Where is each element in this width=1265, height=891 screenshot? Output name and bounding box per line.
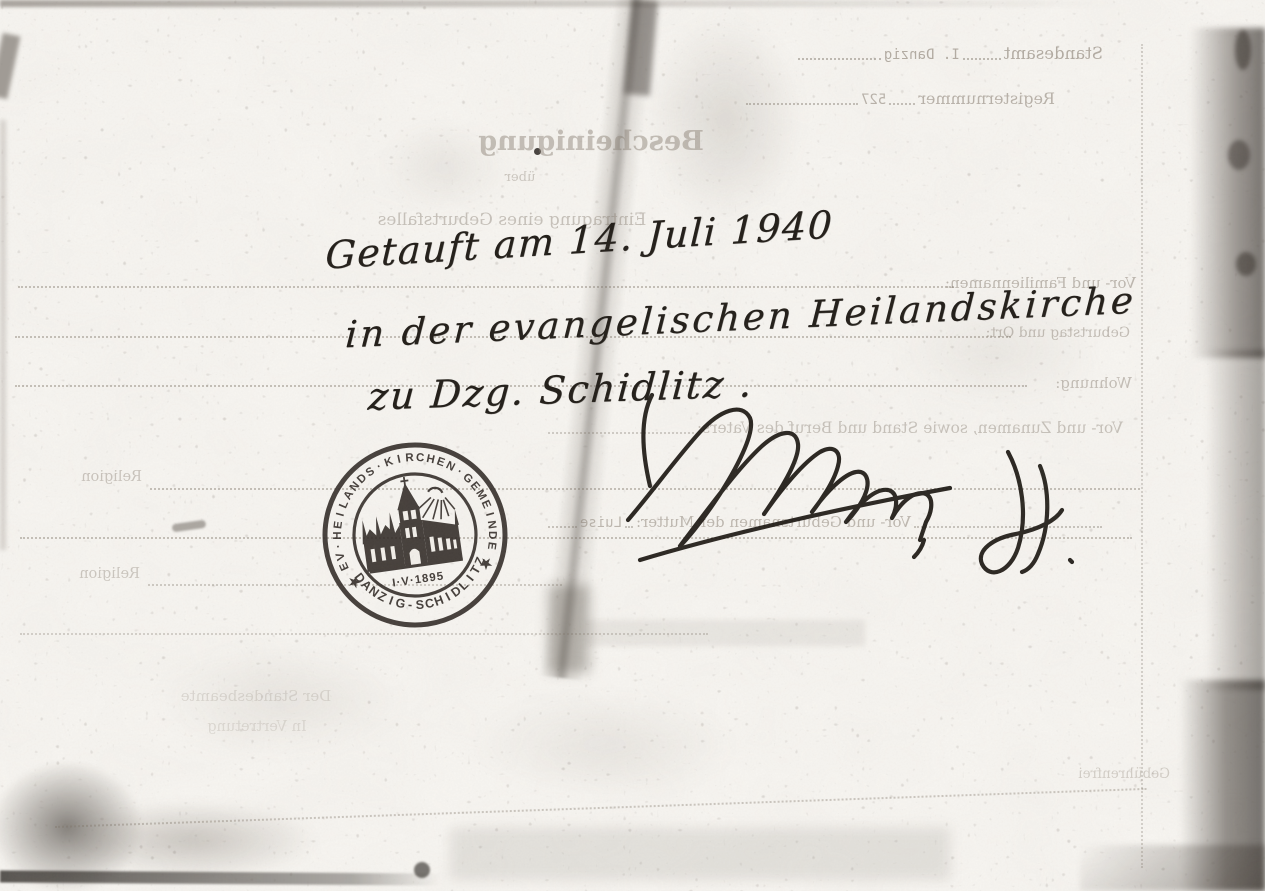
- dotted-leader: [548, 420, 694, 434]
- svg-text:H: H: [425, 453, 436, 466]
- dotted-rule: [20, 537, 1132, 539]
- bottom-edge-dot: [414, 862, 430, 878]
- crease-side-wash: [645, 12, 805, 227]
- bleed-standesamt-label: Standesamt: [1004, 44, 1103, 63]
- bleed-form-title-over: über: [478, 170, 562, 185]
- left-mid-dash-mark: [172, 520, 207, 533]
- bleed-field-mother-label: Vor- und Geburtsnamen der Mutter:: [636, 513, 911, 531]
- right-edge-smudge-middle: [1205, 350, 1265, 690]
- bleed-register-value: 527: [861, 92, 886, 108]
- svg-text:-: -: [408, 598, 413, 612]
- signature-comma-stroke: [914, 540, 924, 557]
- right-edge-blob-2: [1228, 140, 1250, 170]
- svg-text:·: ·: [333, 543, 345, 549]
- bleed-register-label: Registernummer: [918, 89, 1055, 108]
- bleed-form-title: Bescheinigung: [455, 126, 727, 157]
- bleed-field-mother-row: Vor- und Geburtsnamen der Mutter: Luise: [545, 513, 1105, 531]
- right-edge-smudge-lower: [1180, 680, 1265, 891]
- scanned-certificate-page: Standesamt I. Danzig Registernummer 527 …: [0, 0, 1265, 891]
- left-edge-streak: [0, 120, 6, 550]
- right-edge-smudge-upper: [1190, 28, 1265, 358]
- svg-text:E: E: [332, 520, 345, 529]
- svg-text:K: K: [383, 455, 396, 469]
- bleed-field-father-row: Vor- und Zunamen, sowie Stand und Beruf …: [545, 419, 1123, 437]
- dotted-rule: [55, 788, 1146, 828]
- bleed-field-birth: Geburtstag und Ort:: [1010, 325, 1130, 341]
- svg-text:V: V: [334, 551, 348, 562]
- fold-guide-line: [1141, 44, 1143, 868]
- svg-text:·: ·: [375, 461, 384, 473]
- dotted-leader: [963, 45, 1001, 60]
- dotted-leader: [625, 514, 633, 528]
- torn-corner-mark: [0, 33, 20, 99]
- dotted-leader: [798, 45, 881, 60]
- bleed-register-row: Registernummer 527: [743, 89, 1055, 108]
- bleed-official-line2: In Vertretung: [196, 719, 318, 735]
- dotted-rule: [18, 286, 954, 288]
- bleed-standesamt-row: Standesamt I. Danzig: [795, 44, 1103, 63]
- right-edge-blob-1: [1235, 30, 1251, 70]
- church-seal-stamp: EV·HEILANDS·KIRCHEN·GEMEINDE DANZIG-SCHI…: [317, 437, 513, 633]
- stamp-church-illustration: [354, 470, 464, 574]
- handwritten-baptism-line3: zu Dzg. Schidlitz .: [367, 361, 755, 419]
- svg-text:I: I: [396, 453, 402, 465]
- bleed-field-religion-2: Religion: [54, 566, 140, 582]
- svg-text:H: H: [332, 531, 344, 539]
- dotted-rule: [20, 633, 708, 635]
- stamp-year-text: I·V·1895: [392, 570, 445, 589]
- svg-text:N: N: [444, 459, 457, 473]
- dotted-leader: [746, 90, 858, 105]
- bottom-edge-bar: [0, 870, 440, 885]
- bottom-left-wash: [60, 800, 320, 880]
- crease-bottom-smudge: [548, 585, 590, 673]
- bottom-right-corner-shade: [1080, 845, 1265, 891]
- signature-end-dot: [1070, 560, 1072, 562]
- svg-text:R: R: [405, 452, 415, 465]
- bleed-standesamt-value: I. Danzig: [884, 47, 960, 63]
- svg-text:N: N: [485, 520, 498, 530]
- bottom-center-wash: [450, 828, 950, 880]
- svg-text:I: I: [483, 511, 495, 517]
- svg-text:I: I: [335, 512, 347, 518]
- svg-text:G: G: [394, 596, 406, 612]
- dotted-leader: [548, 514, 577, 528]
- svg-text:C: C: [416, 452, 425, 465]
- crease-top-dark-spot: [624, 0, 658, 96]
- bleed-official-line1: Der Standesbeamte: [156, 687, 356, 705]
- dotted-leader: [889, 90, 915, 105]
- dotted-leader: [914, 514, 1102, 528]
- bleed-field-mother-value: Luise: [580, 515, 622, 531]
- handwritten-baptism-line2: in der evangelischen Heilandskirche: [344, 279, 1137, 357]
- svg-text:E: E: [337, 560, 351, 572]
- gray-wash-4: [470, 690, 740, 800]
- bleed-fee-note: Gebührenfrei: [1018, 766, 1170, 782]
- right-edge-blob-3: [1236, 252, 1256, 276]
- svg-text:I: I: [387, 594, 395, 608]
- dotted-rule: [150, 488, 1140, 490]
- bleed-field-father-label: Vor- und Zunamen, sowie Stand und Beruf …: [697, 419, 1123, 437]
- svg-text:E: E: [485, 541, 498, 551]
- top-edge-shadow: [0, 0, 1120, 7]
- svg-text:D: D: [486, 531, 498, 539]
- bleed-field-religion-1: Religion: [56, 469, 142, 485]
- bleed-field-residence: Wohnung:: [1046, 374, 1132, 392]
